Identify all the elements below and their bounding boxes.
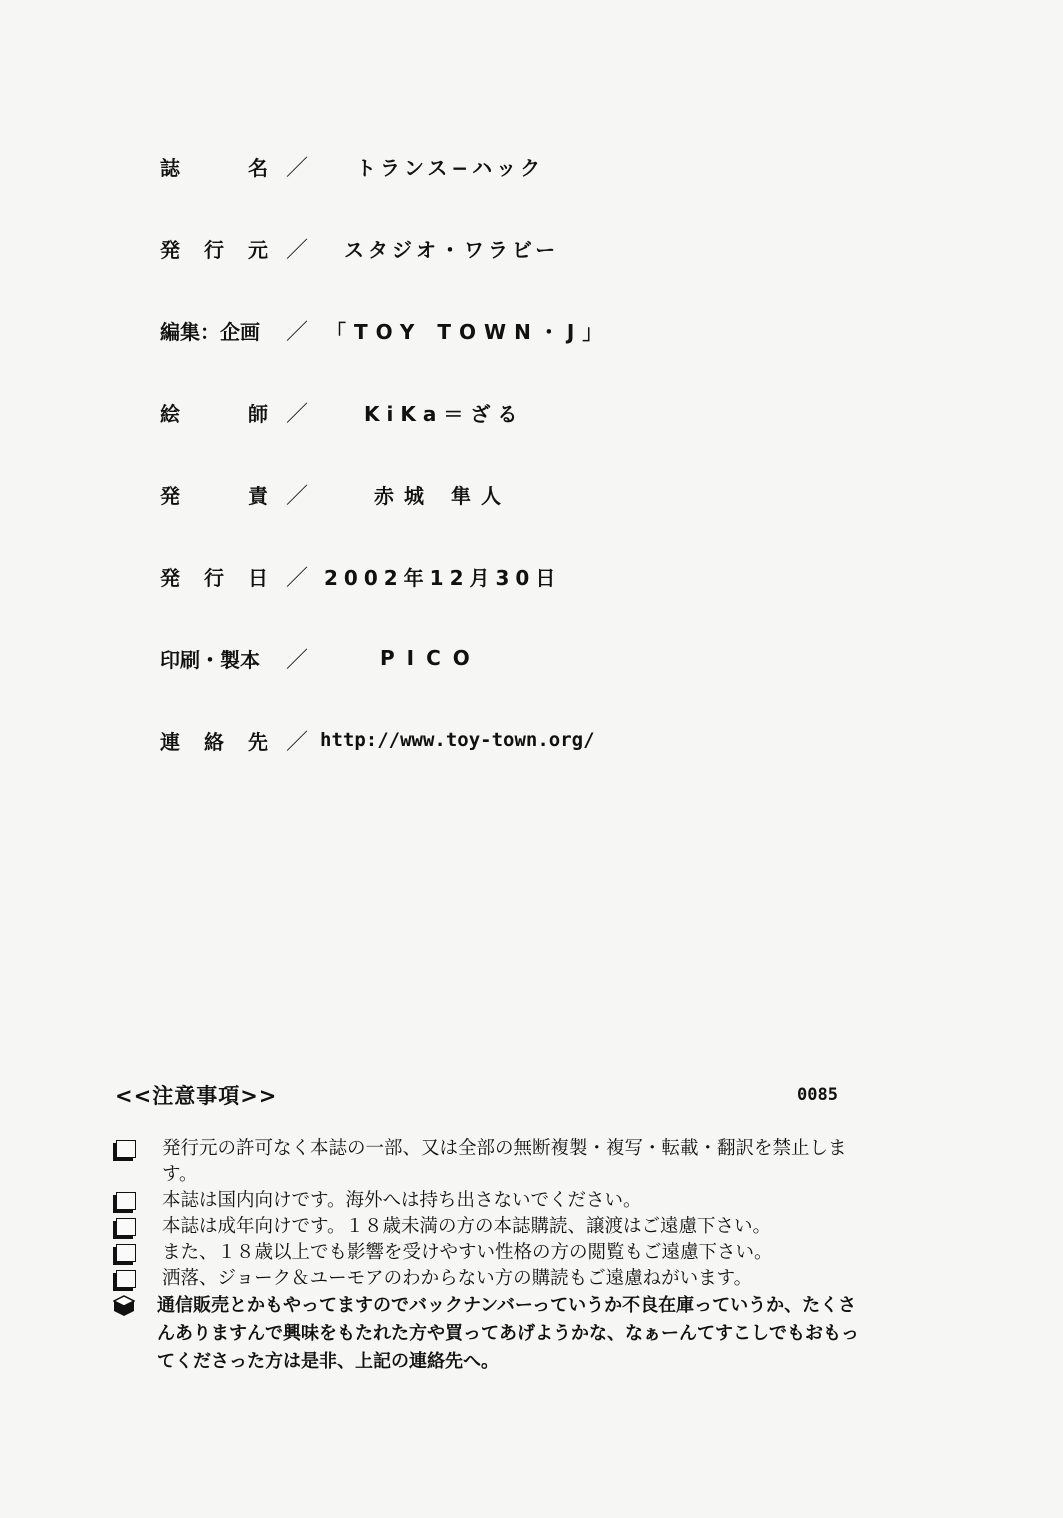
printer: PICO xyxy=(380,646,482,670)
checkbox-icon xyxy=(116,1270,136,1288)
note-text: 本誌は国内向けです。海外へは持ち出さないでください。 xyxy=(162,1188,873,1214)
label-char: 絵 xyxy=(160,398,180,427)
note-item: 本誌は国内向けです。海外へは持ち出さないでください。 xyxy=(113,1188,873,1214)
responsible-person: 赤城 隼人 xyxy=(374,480,511,509)
notes-list: 発行元の許可なく本誌の一部、又は全部の無断複製・複写・転載・翻訳を禁止します。 … xyxy=(113,1136,873,1376)
row-label: 編集：企画 xyxy=(160,316,268,345)
separator: ／ xyxy=(286,725,316,756)
row-label: 発 行 日 xyxy=(160,562,268,591)
row-label: 絵 師 xyxy=(160,398,268,427)
row-label: 発 責 xyxy=(160,480,268,509)
label-char: 誌 xyxy=(160,152,180,181)
separator: ／ xyxy=(286,315,316,346)
row-label: 発 行 元 xyxy=(160,234,268,263)
colophon-row-responsible: 発 責 ／ 赤城 隼人 xyxy=(160,478,860,510)
note-item: 洒落、ジョーク＆ユーモアのわからない方の購読もご遠慮ねがいます。 xyxy=(113,1266,873,1292)
colophon-row-date: 発 行 日 ／ 2002年12月30日 xyxy=(160,560,860,592)
label-char: 連 xyxy=(160,726,180,755)
separator: ／ xyxy=(286,643,316,674)
separator: ／ xyxy=(286,397,316,428)
magazine-title: トランス−ハック xyxy=(356,152,544,181)
checkbox-icon xyxy=(116,1244,136,1262)
separator: ／ xyxy=(286,561,316,592)
note-text: 洒落、ジョーク＆ユーモアのわからない方の購読もご遠慮ねがいます。 xyxy=(162,1266,873,1292)
label-char: 絡 xyxy=(204,726,224,755)
label-char: 発 xyxy=(160,234,180,263)
artist: KiKa＝ざる xyxy=(364,398,524,427)
note-text: 通信販売とかもやってますのでバックナンバーっていうか不良在庫っていうか、たくさん… xyxy=(157,1292,873,1376)
note-text: また、１８歳以上でも影響を受けやすい性格の方の閲覧もご遠慮下さい。 xyxy=(162,1240,873,1266)
label-char: 編集：企画 xyxy=(160,316,260,345)
colophon-row-printer: 印刷・製本 ／ PICO xyxy=(160,642,860,674)
note-item: 発行元の許可なく本誌の一部、又は全部の無断複製・複写・転載・翻訳を禁止します。 xyxy=(113,1136,873,1188)
colophon-row-contact: 連 絡 先 ／ http://www.toy-town.org/ xyxy=(160,724,860,756)
row-label: 誌 名 xyxy=(160,152,268,181)
label-char: 名 xyxy=(248,152,268,181)
note-item: また、１８歳以上でも影響を受けやすい性格の方の閲覧もご遠慮下さい。 xyxy=(113,1240,873,1266)
label-char: 発 xyxy=(160,562,180,591)
publish-date: 2002年12月30日 xyxy=(324,562,561,591)
label-char: 日 xyxy=(248,562,268,591)
colophon-row-editor: 編集：企画 ／ 「TOY TOWN・J」 xyxy=(160,314,860,346)
checkbox-icon xyxy=(116,1192,136,1210)
label-char: 印刷・製本 xyxy=(160,644,260,673)
label-char: 行 xyxy=(204,234,224,263)
label-char: 先 xyxy=(248,726,268,755)
row-label: 印刷・製本 xyxy=(160,644,268,673)
note-item-mail-order: 通信販売とかもやってますのでバックナンバーっていうか不良在庫っていうか、たくさん… xyxy=(113,1292,873,1376)
colophon-row-title: 誌 名 ／ トランス−ハック xyxy=(160,150,860,182)
notes-header: <<注意事項>> xyxy=(115,1080,277,1110)
label-char: 発 xyxy=(160,480,180,509)
label-char: 責 xyxy=(248,480,268,509)
page-code: 0085 xyxy=(797,1085,838,1105)
note-text: 本誌は成年向けです。１８歳未満の方の本誌購読、譲渡はご遠慮下さい。 xyxy=(162,1214,873,1240)
row-label: 連 絡 先 xyxy=(160,726,268,755)
colophon-row-artist: 絵 師 ／ KiKa＝ざる xyxy=(160,396,860,428)
colophon-row-publisher: 発 行 元 ／ スタジオ・ワラビー xyxy=(160,232,860,264)
label-char: 師 xyxy=(248,398,268,427)
checkbox-icon xyxy=(116,1218,136,1236)
editor: 「TOY TOWN・J」 xyxy=(326,316,610,345)
cube-icon xyxy=(113,1295,135,1317)
note-text: 発行元の許可なく本誌の一部、又は全部の無断複製・複写・転載・翻訳を禁止します。 xyxy=(162,1136,873,1188)
separator: ／ xyxy=(286,479,316,510)
note-item: 本誌は成年向けです。１８歳未満の方の本誌購読、譲渡はご遠慮下さい。 xyxy=(113,1214,873,1240)
label-char: 行 xyxy=(204,562,224,591)
separator: ／ xyxy=(286,233,316,264)
separator: ／ xyxy=(286,151,316,182)
publisher: スタジオ・ワラビー xyxy=(344,234,559,263)
checkbox-icon xyxy=(116,1140,136,1158)
contact-url[interactable]: http://www.toy-town.org/ xyxy=(320,729,595,751)
label-char: 元 xyxy=(248,234,268,263)
